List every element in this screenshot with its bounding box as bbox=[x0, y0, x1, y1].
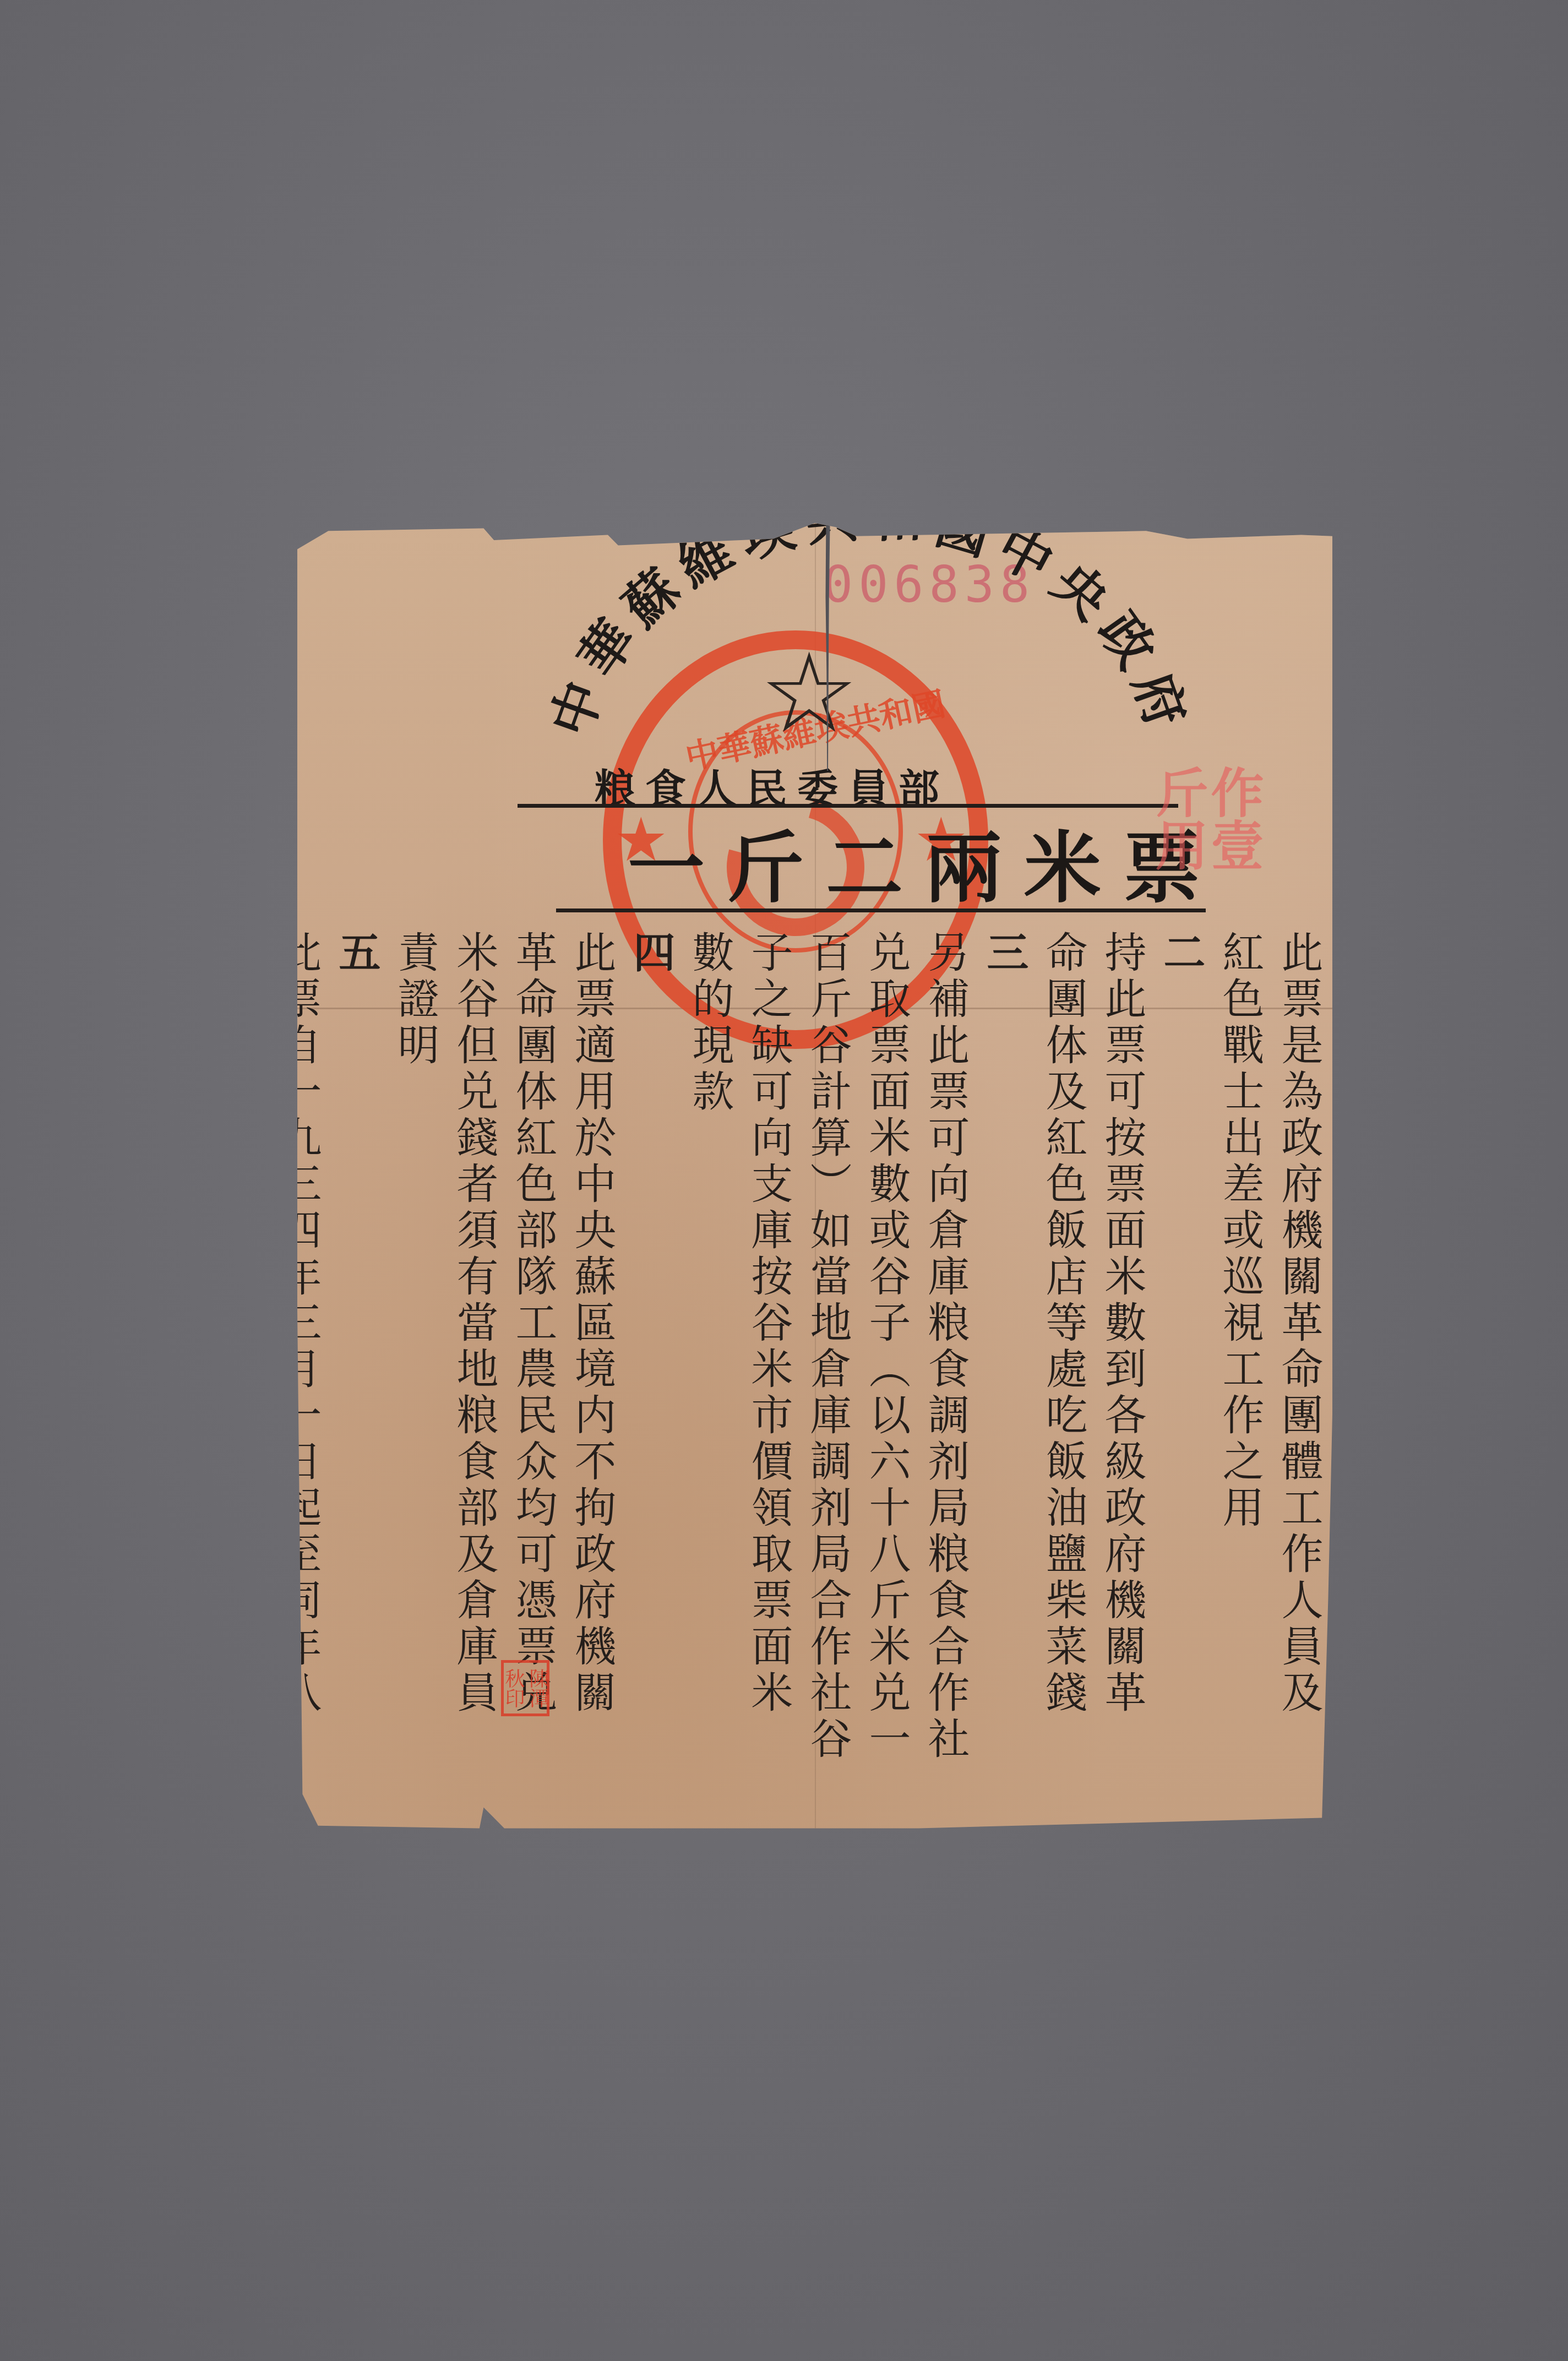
grain-ticket-paper: 006838 ★ ★ 中華蘇維埃共和國 中華蘇維埃共和國中央政府 ☆ 粮食人民委… bbox=[297, 523, 1332, 1834]
issuer-arc-text: 中華蘇維埃共和國中央政府 bbox=[539, 523, 1201, 744]
clause-text: 百斤谷計算）如當地倉庫調剂局合作社谷 bbox=[798, 931, 857, 1701]
signature-seal: 陳潭秋印 bbox=[501, 1660, 549, 1716]
clause-text: 革命團体紅色部隊工農民众均可憑票兑 bbox=[504, 931, 563, 1701]
clause-text: 子之缺可向支庫按谷米市價領取票面米 bbox=[739, 931, 798, 1701]
ticket-clauses: 一 此票是為政府機關革命團體工作人員及 紅色戰士出差或巡視工作之用 二 持此票可… bbox=[529, 931, 1387, 1701]
clause-text: 持此票可按票面米數到各級政府機關革 bbox=[1093, 931, 1152, 1701]
clause-text: 數的現款 bbox=[680, 931, 739, 1701]
clause-number: 三 bbox=[975, 931, 1034, 1701]
clause-text: 此票自一九三四年三月一日起至同年八 bbox=[268, 931, 327, 1701]
clause-text: 米谷但兑錢者須有當地粮食部及倉庫員 bbox=[445, 931, 504, 1701]
clause-text: 另補此票可向倉庫粮食調剂局粮食合作社 bbox=[916, 931, 975, 1701]
title-rule-bottom bbox=[556, 909, 1206, 912]
clause-text: 月三十一日止為通用期過期不適用 bbox=[209, 931, 268, 1701]
clause-number: 四 bbox=[622, 931, 680, 1701]
black-star-icon: ☆ bbox=[760, 639, 858, 749]
clause-text: 命團体及紅色飯店等處吃飯油鹽柴菜錢 bbox=[1034, 931, 1093, 1701]
clause-text: 此票是為政府機關革命團體工作人員及 bbox=[1270, 931, 1329, 1701]
value-stamp: 作壹斤用 bbox=[1096, 765, 1261, 886]
clause-text: 兑取票面米數或谷子（以六十八斤米兑一 bbox=[857, 931, 916, 1701]
svg-text:中華蘇維埃共和國中央政府: 中華蘇維埃共和國中央政府 bbox=[539, 523, 1201, 744]
clause-number: 一 bbox=[1329, 931, 1387, 1701]
clause-text: 責證明 bbox=[386, 931, 445, 1701]
signature-title: 粮食人民委員 bbox=[150, 931, 209, 1701]
clause-text: 紅色戰士出差或巡視工作之用 bbox=[1211, 931, 1270, 1701]
clause-number: 二 bbox=[1152, 931, 1211, 1701]
signature-name: 陳潭秋 bbox=[91, 931, 150, 1701]
clause-text: 此票適用於中央蘇區境内不拘政府機關 bbox=[563, 931, 622, 1701]
clause-number: 五 bbox=[327, 931, 386, 1701]
